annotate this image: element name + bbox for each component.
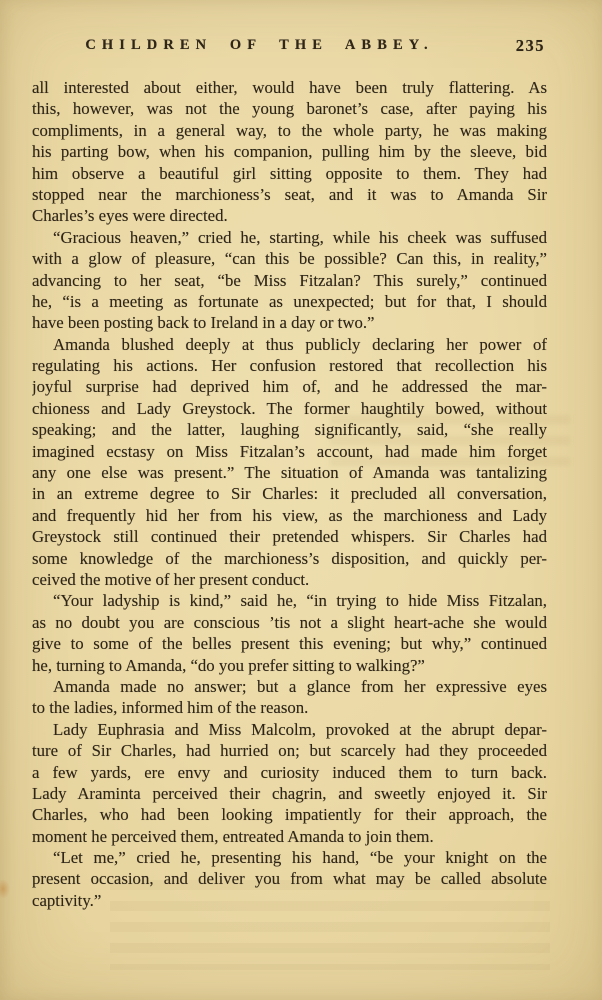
text-line: he, turning to Amanda, “do you prefer si… xyxy=(32,655,547,676)
text-line: “Let me,” cried he, presenting his hand,… xyxy=(32,847,547,868)
paragraph: Amanda blushed deeply at thus publicly d… xyxy=(32,334,547,591)
text-line: ceived the motive of her present conduct… xyxy=(32,569,547,590)
text-line: chioness and Lady Greystock. The former … xyxy=(32,398,547,419)
text-line: Greystock still continued their pretende… xyxy=(32,526,547,547)
text-line: Amanda made no answer; but a glance from… xyxy=(32,676,547,697)
book-page: CHILDREN OF THE ABBEY. 235 all intereste… xyxy=(0,0,602,1000)
paragraph: “Your ladyship is kind,” said he, “in tr… xyxy=(32,590,547,676)
text-line: joyful surprise had deprived him of, and… xyxy=(32,376,547,397)
text-line: have been posting back to Ireland in a d… xyxy=(32,312,547,333)
text-line: Charles, who had been looking impatientl… xyxy=(32,804,547,825)
text-line: and frequently hid her from his view, as… xyxy=(32,505,547,526)
text-line: imagined ecstasy on Miss Fitzalan’s acco… xyxy=(32,441,547,462)
text-line: as no doubt you are conscious ’tis not a… xyxy=(32,612,547,633)
text-line: to the ladies, informed him of the reaso… xyxy=(32,697,547,718)
text-line: his parting bow, when his companion, pul… xyxy=(32,141,547,162)
text-block: all interested about either, would have … xyxy=(32,77,547,911)
page-number: 235 xyxy=(516,36,545,56)
text-line: give to some of the belles present this … xyxy=(32,633,547,654)
text-line: any one else was present.” The situation… xyxy=(32,462,547,483)
text-line: Lady Araminta perceived their chagrin, a… xyxy=(32,783,547,804)
text-line: Lady Euphrasia and Miss Malcolm, provoke… xyxy=(32,719,547,740)
text-line: Charles’s eyes were directed. xyxy=(32,205,547,226)
paragraph: “Let me,” cried he, presenting his hand,… xyxy=(32,847,547,911)
text-line: with a glow of pleasure, “can this be po… xyxy=(32,248,547,269)
text-line: all interested about either, would have … xyxy=(32,77,547,98)
text-line: advancing to her seat, “be Miss Fitzalan… xyxy=(32,270,547,291)
book-title: CHILDREN OF THE ABBEY. xyxy=(32,37,487,54)
text-line: this, however, was not the young baronet… xyxy=(32,98,547,119)
paragraph: Amanda made no answer; but a glance from… xyxy=(32,676,547,719)
text-line: present occasion, and deliver you from w… xyxy=(32,868,547,889)
text-line: regulating his actions. Her confusion re… xyxy=(32,355,547,376)
paragraph: all interested about either, would have … xyxy=(32,77,547,227)
text-line: some knowledge of the marchioness’s disp… xyxy=(32,548,547,569)
text-line: moment he perceived them, entreated Aman… xyxy=(32,826,547,847)
text-line: stopped near the marchioness’s seat, and… xyxy=(32,184,547,205)
text-line: captivity.” xyxy=(32,890,547,911)
paragraph: Lady Euphrasia and Miss Malcolm, provoke… xyxy=(32,719,547,847)
text-line: he, “is a meeting as fortunate as unexpe… xyxy=(32,291,547,312)
text-line: ture of Sir Charles, had hurried on; but… xyxy=(32,740,547,761)
text-line: a few yards, ere envy and curiosity indu… xyxy=(32,762,547,783)
text-line: “Your ladyship is kind,” said he, “in tr… xyxy=(32,590,547,611)
text-line: “Gracious heaven,” cried he, starting, w… xyxy=(32,227,547,248)
text-line: in an extreme degree to Sir Charles: it … xyxy=(32,483,547,504)
paragraph: “Gracious heaven,” cried he, starting, w… xyxy=(32,227,547,334)
text-line: speaking; and the latter, laughing signi… xyxy=(32,419,547,440)
text-line: Amanda blushed deeply at thus publicly d… xyxy=(32,334,547,355)
running-head: CHILDREN OF THE ABBEY. 235 xyxy=(32,37,547,59)
text-line: compliments, in a general way, to the wh… xyxy=(32,120,547,141)
text-line: him observe a beautiful girl sitting opp… xyxy=(32,163,547,184)
